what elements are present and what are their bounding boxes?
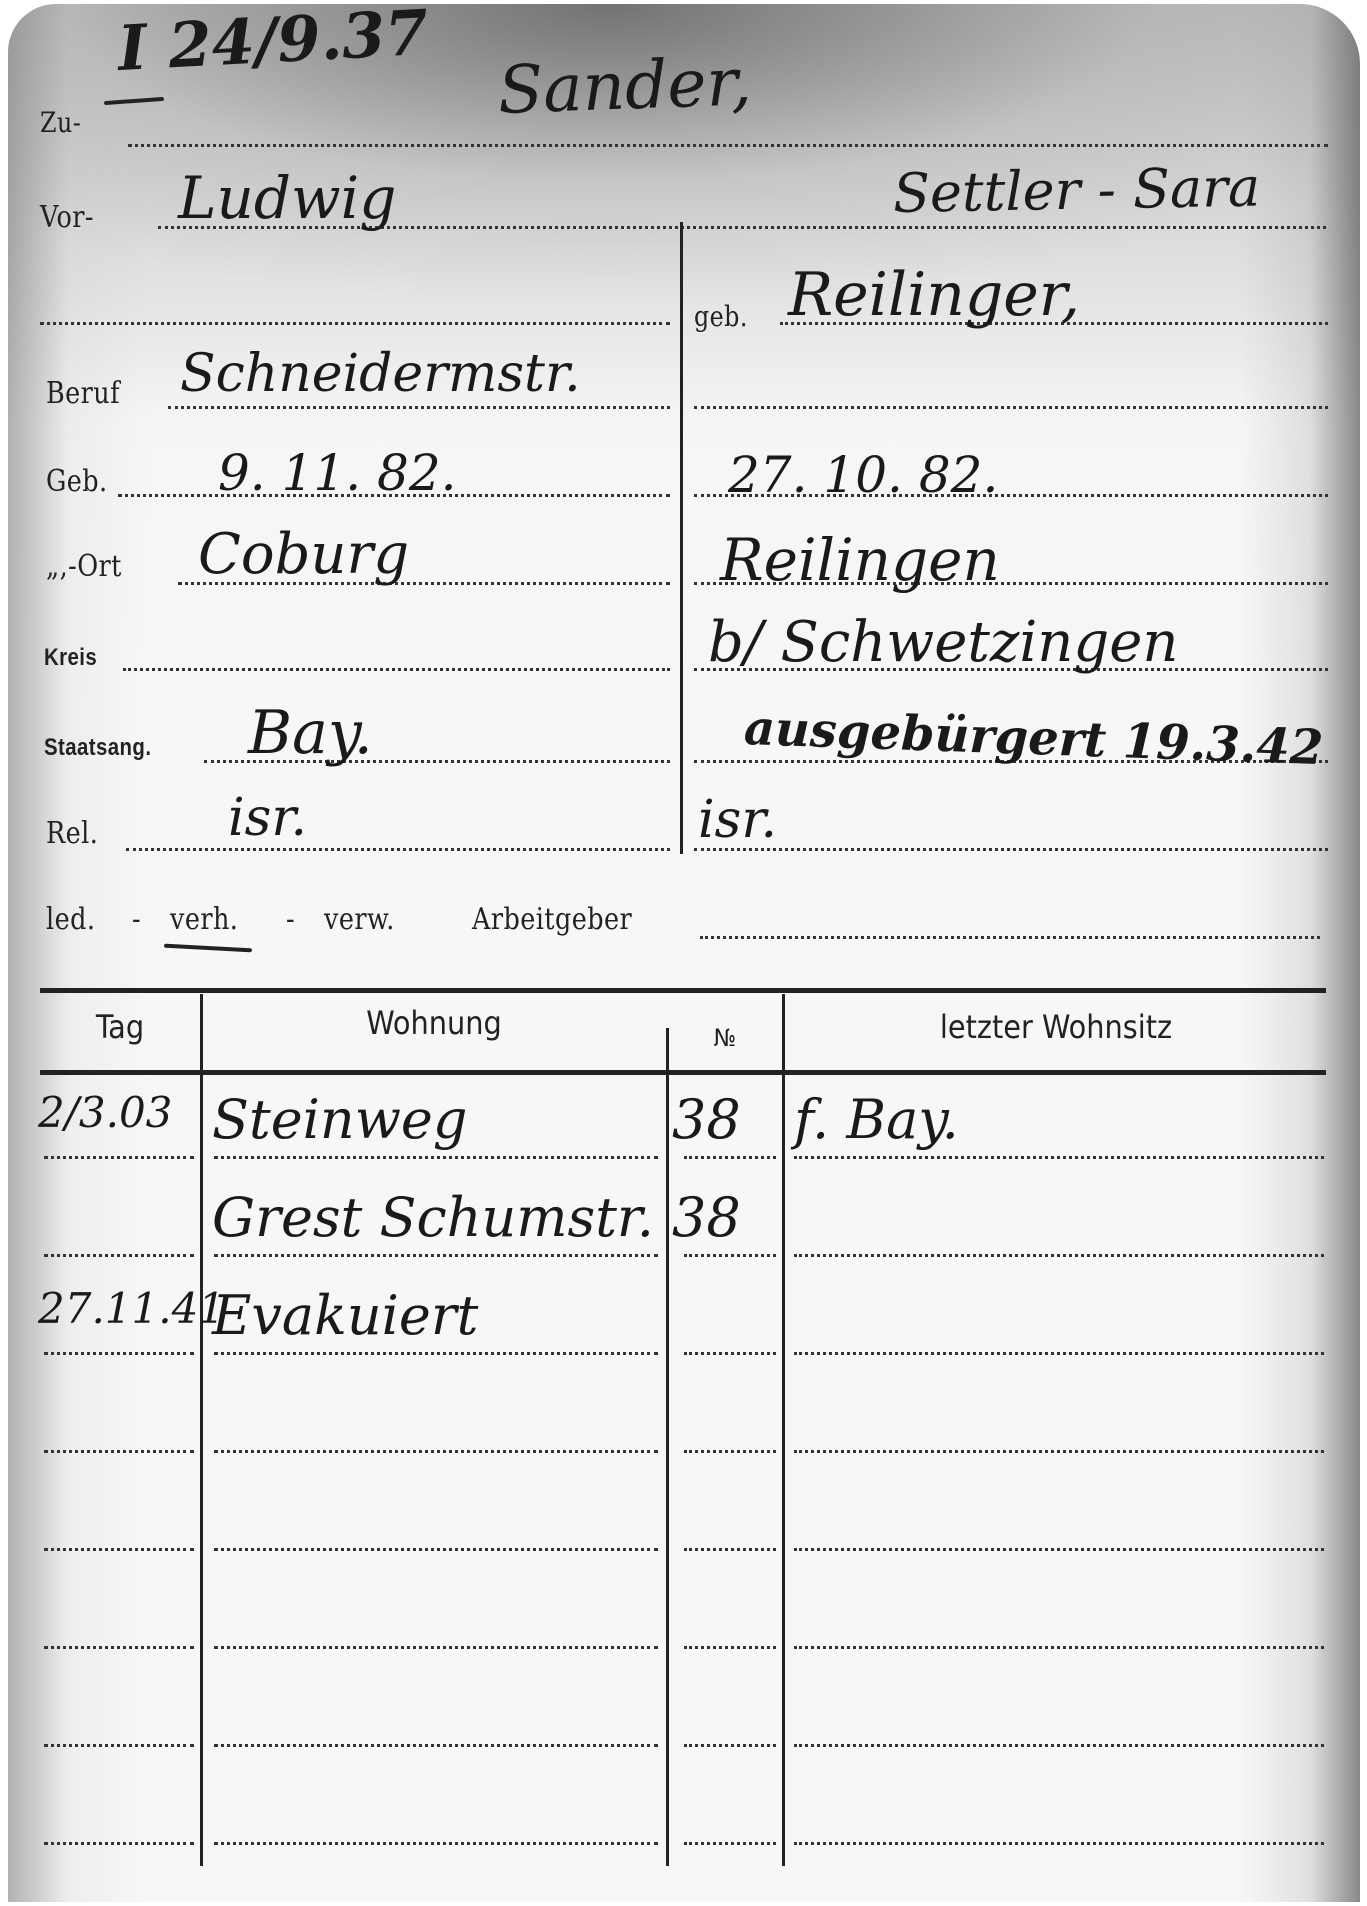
row-line-wohnung [214, 1744, 658, 1747]
row-line-tag [44, 1646, 194, 1649]
spouse-name-value: Settler - Sara [892, 156, 1260, 225]
married-selected-underline [164, 944, 252, 953]
column-divider [680, 222, 683, 854]
surname-line [128, 144, 1328, 147]
table-top-rule [40, 988, 1326, 993]
label-religion: Rel. [46, 816, 98, 851]
occupation-value: Schneidermstr. [180, 344, 581, 404]
label-employer: Arbeitgeber [472, 902, 632, 937]
cell-nr: 38 [672, 1186, 741, 1249]
registration-mark: I 24/9.37 [116, 0, 430, 85]
cell-letzter: f. Bay. [794, 1088, 959, 1151]
row-line-letzter [794, 1842, 1324, 1845]
left-line-3 [40, 322, 670, 325]
row-line-nr [684, 1548, 776, 1551]
row-line-letzter [794, 1254, 1324, 1257]
religion-value: isr. [228, 788, 307, 848]
maiden-name-value: Reilinger, [788, 260, 1080, 330]
marital-option-widowed: verw. [324, 902, 395, 937]
label-birthdate: Geb. [46, 464, 108, 499]
header-last-residence: letzter Wohnsitz [788, 1008, 1324, 1046]
marital-option-single: led. [46, 902, 95, 937]
cell-wohnung: Grest Schumstr. [212, 1186, 654, 1249]
surname-value: Sander, [497, 43, 753, 129]
row-line-wohnung [214, 1548, 658, 1551]
row-line-wohnung [214, 1842, 658, 1845]
row-line-nr [684, 1156, 776, 1159]
religion-line [126, 848, 670, 851]
row-line-nr [684, 1842, 776, 1845]
registration-mark-underline [104, 97, 164, 105]
row-line-wohnung [214, 1156, 658, 1159]
row-line-letzter [794, 1646, 1324, 1649]
cell-wohnung: Evakuiert [212, 1284, 478, 1347]
table-col-divider-1 [200, 994, 203, 1866]
marital-separator-1: - [132, 902, 141, 937]
label-citizenship: Staatsang. [44, 734, 151, 762]
row-line-nr [684, 1744, 776, 1747]
citizenship-value: Bay. [248, 698, 373, 768]
district-line [123, 668, 670, 671]
spouse-district-value: b/ Schwetzingen [708, 610, 1178, 675]
header-residence: Wohnung [204, 1004, 664, 1042]
row-line-letzter [794, 1352, 1324, 1355]
firstname-value: Ludwig [178, 164, 396, 232]
row-line-tag [44, 1254, 194, 1257]
row-line-tag [44, 1744, 194, 1747]
label-occupation: Beruf [46, 376, 120, 411]
table-col-divider-2 [666, 1028, 669, 1866]
table-col-divider-3 [782, 994, 785, 1866]
row-line-tag [44, 1450, 194, 1453]
row-line-nr [684, 1450, 776, 1453]
cell-tag: 27.11.41 [38, 1284, 225, 1333]
employer-line [700, 936, 1320, 939]
row-line-wohnung [214, 1254, 658, 1257]
cell-wohnung: Steinweg [212, 1088, 467, 1151]
spouse-citizenship-value: ausgebürgert 19.3.42 [743, 700, 1324, 776]
birthdate-value: 9. 11. 82. [218, 444, 457, 502]
row-line-tag [44, 1842, 194, 1845]
right-line-4 [694, 406, 1328, 409]
cell-tag: 2/3.03 [38, 1088, 172, 1137]
row-line-tag [44, 1548, 194, 1551]
occupation-line [168, 406, 670, 409]
registration-card: I 24/9.37 Zu- Sander, Vor- Ludwig Settle… [8, 4, 1360, 1902]
row-line-letzter [794, 1450, 1324, 1453]
marital-separator-2: - [286, 902, 295, 937]
cell-nr: 38 [672, 1088, 741, 1151]
row-line-nr [684, 1254, 776, 1257]
row-line-nr [684, 1352, 776, 1355]
label-district: Kreis [44, 644, 97, 672]
row-line-wohnung [214, 1450, 658, 1453]
row-line-wohnung [214, 1646, 658, 1649]
spouse-birthdate-value: 27. 10. 82. [728, 446, 998, 504]
header-day: Tag [40, 1008, 200, 1046]
spouse-birthplace-value: Reilingen [720, 526, 1000, 594]
row-line-tag [44, 1352, 194, 1355]
label-maiden-name: geb. [694, 300, 748, 333]
label-firstname: Vor- [40, 200, 94, 235]
header-house-number: № [670, 1024, 780, 1052]
row-line-wohnung [214, 1352, 658, 1355]
row-line-letzter [794, 1744, 1324, 1747]
row-line-letzter [794, 1156, 1324, 1159]
label-birthplace: „,-Ort [46, 549, 122, 584]
row-line-nr [684, 1646, 776, 1649]
label-surname: Zu- [40, 106, 81, 139]
table-header-rule [40, 1070, 1326, 1075]
marital-option-married: verh. [170, 902, 238, 937]
row-line-letzter [794, 1548, 1324, 1551]
row-line-tag [44, 1156, 194, 1159]
birthplace-value: Coburg [198, 522, 409, 587]
right-religion-line [694, 848, 1328, 851]
spouse-religion-value: isr. [698, 790, 777, 850]
